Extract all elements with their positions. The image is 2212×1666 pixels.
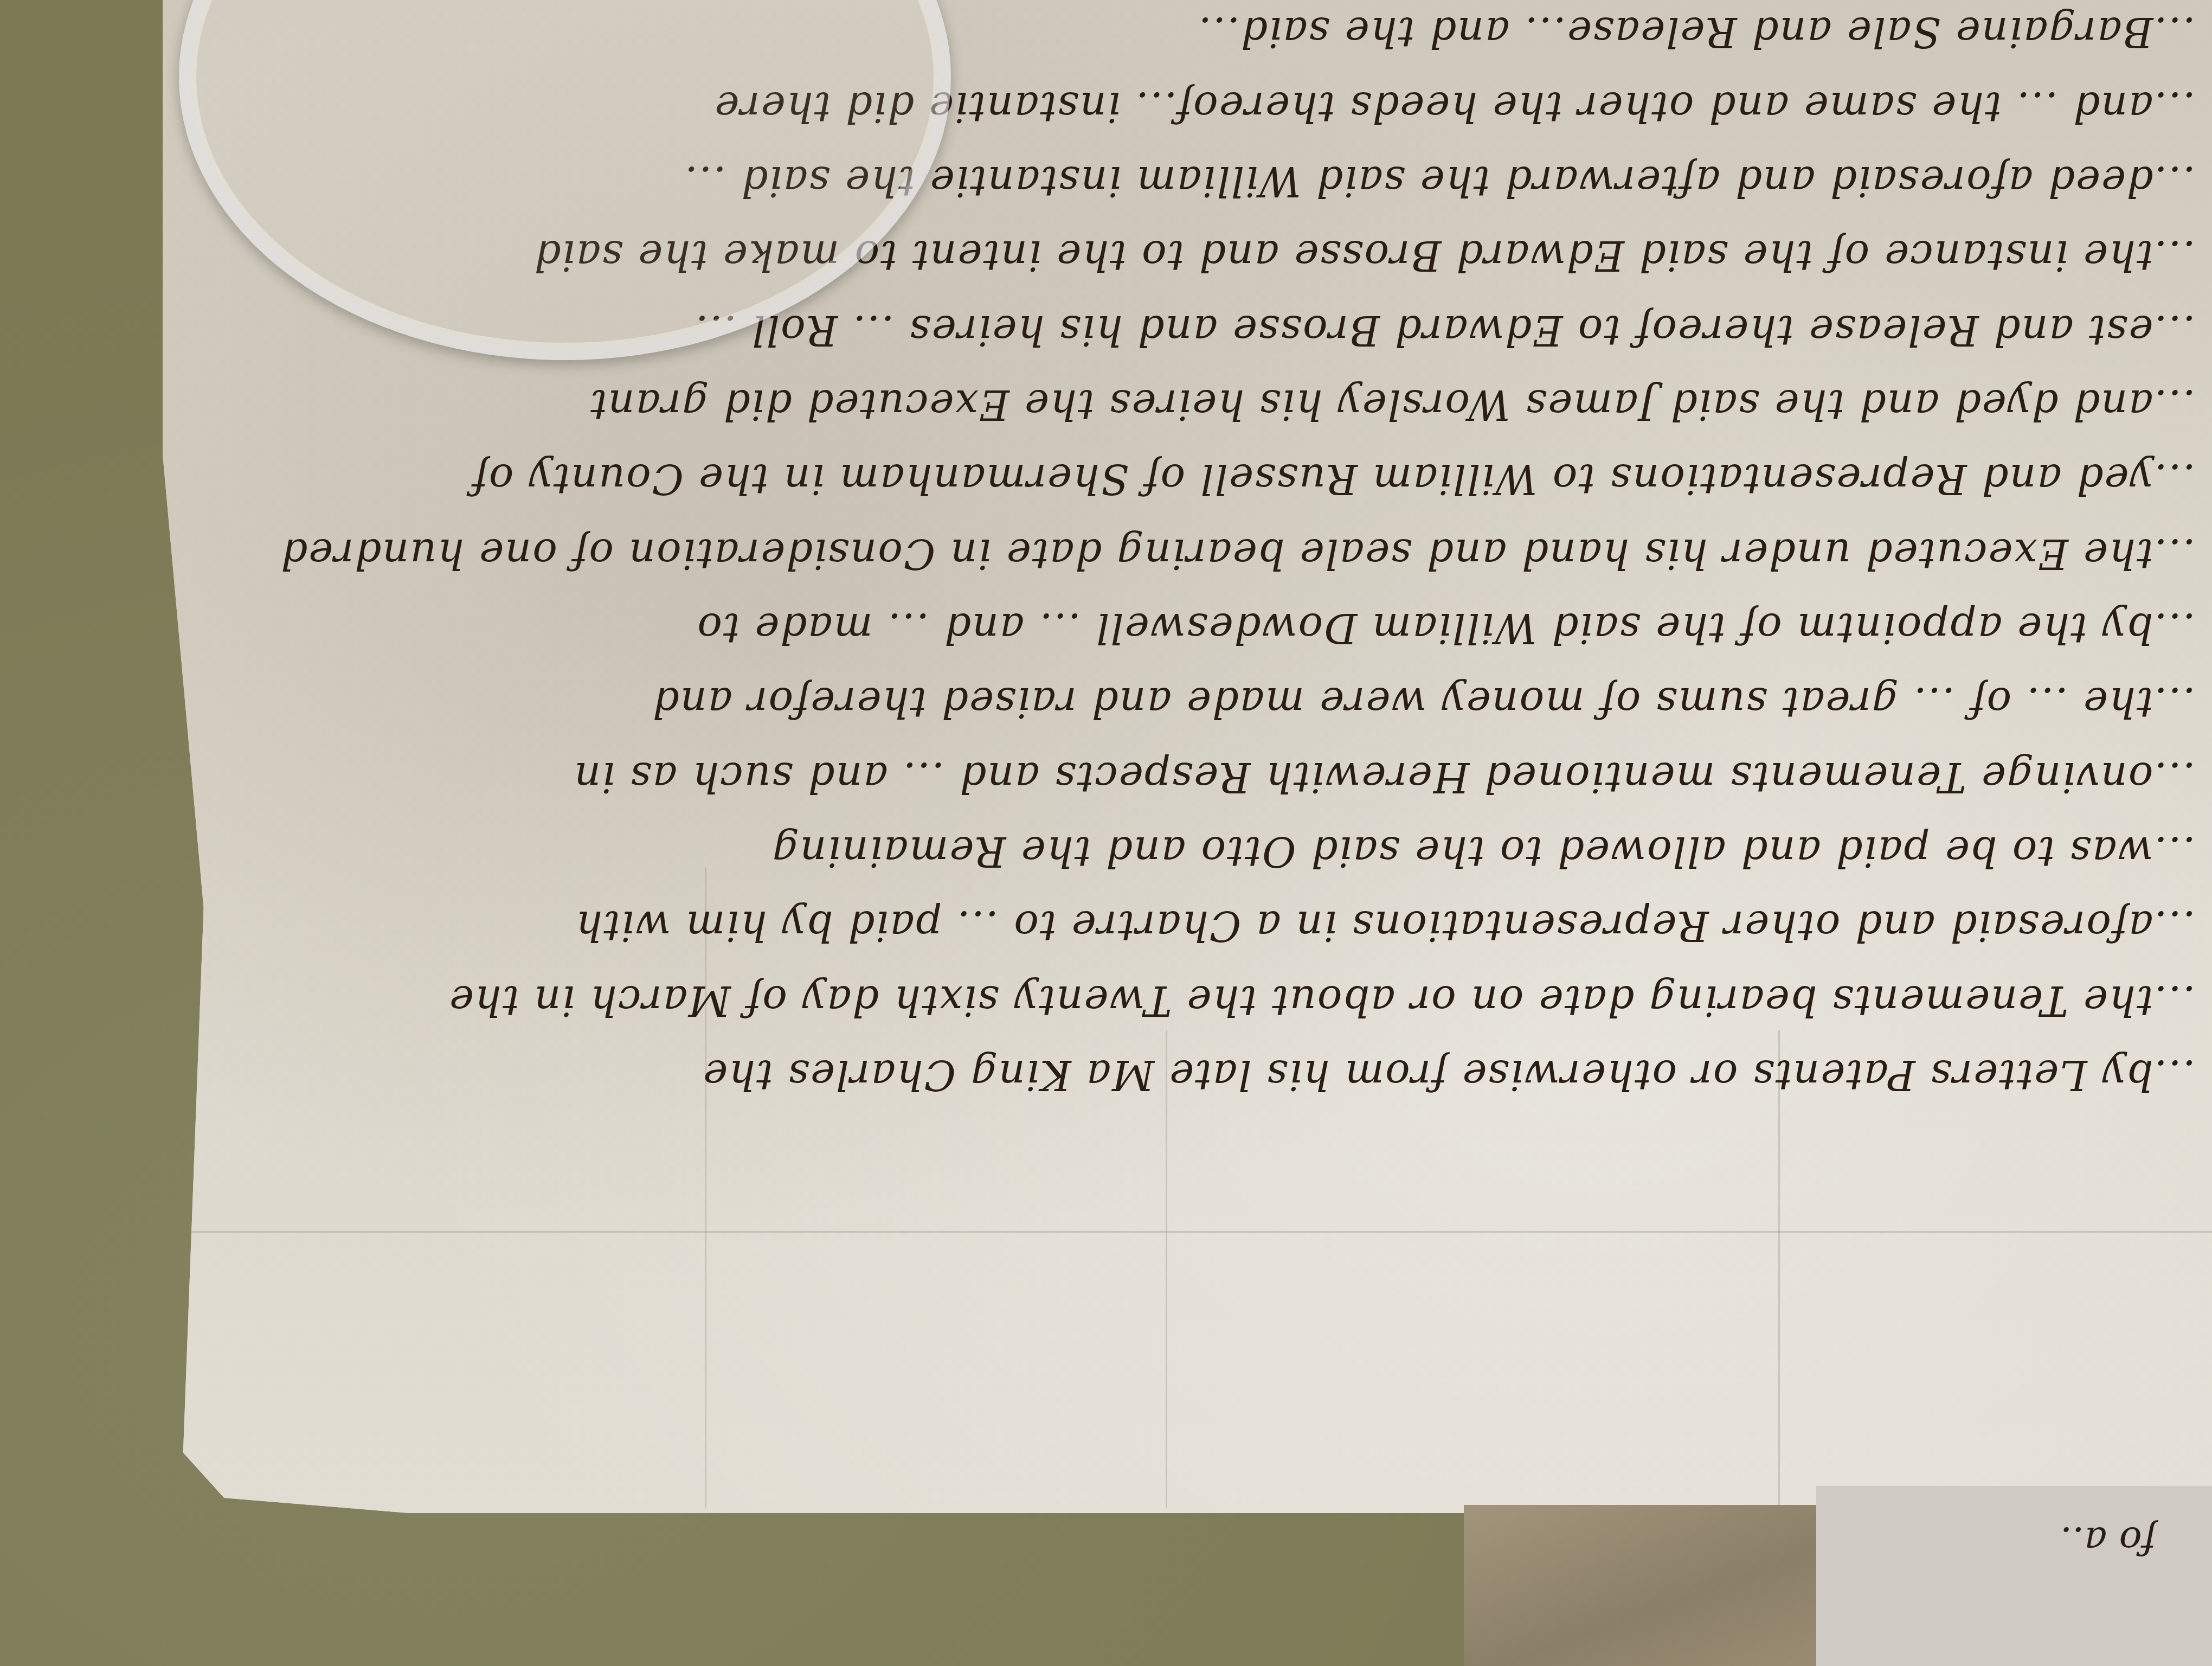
manuscript-line: ...yed and Representations to William Ru… — [179, 447, 2196, 521]
manuscript-line: ...onvinge Tenements mentioned Herewith … — [179, 745, 2196, 819]
manuscript-line: ...was to be paid and allowed to the sai… — [179, 819, 2196, 894]
fold-crease — [163, 1231, 2212, 1233]
manuscript-line: ...the ... of ... great sums of money we… — [179, 670, 2196, 745]
fragment-text: fo a.. — [2060, 1518, 2156, 1563]
manuscript-line: ...aforesaid and other Representations i… — [179, 894, 2196, 968]
paper-tape-dark — [1464, 1505, 1816, 1666]
paper-tape-fragment — [1816, 1486, 2212, 1666]
manuscript-line: ...by Letters Patents or otherwise from … — [179, 1043, 2196, 1117]
manuscript-line: ...and dyed and the said James Worsley h… — [179, 373, 2196, 447]
manuscript-line: ...by the appointm of the said William D… — [179, 596, 2196, 670]
manuscript-line: ...the Executed under his hand and seale… — [179, 521, 2196, 595]
manuscript-line: ...the Tenements bearing date on or abou… — [179, 968, 2196, 1042]
